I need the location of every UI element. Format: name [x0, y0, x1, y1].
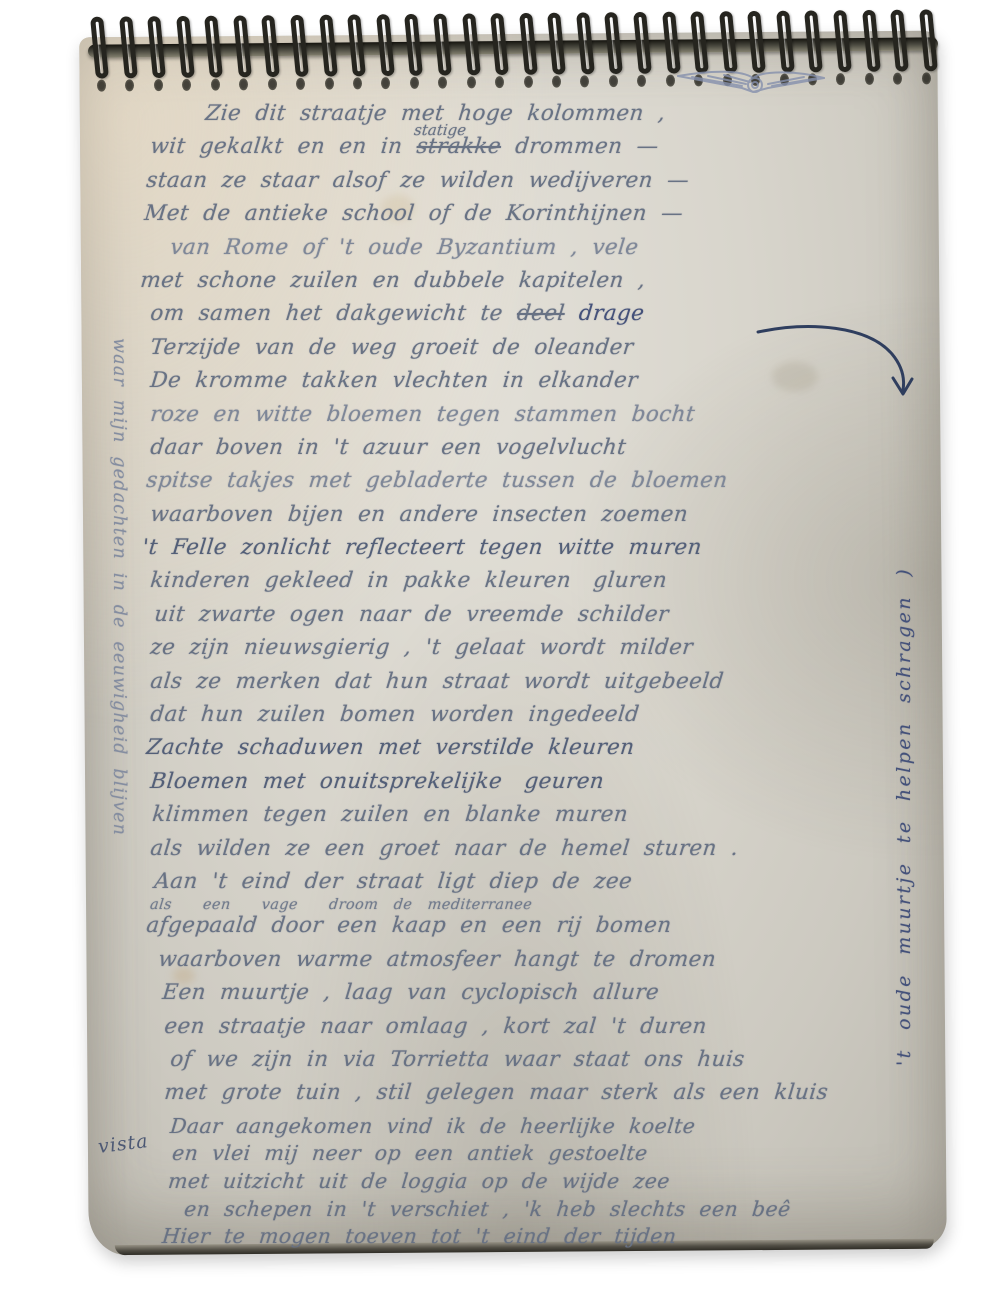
binding-hole	[552, 76, 561, 88]
handwritten-line: daar boven in 't azuur een vogelvlucht	[148, 435, 912, 468]
poem-text: Zie dit straatje met hoge kolommen , wit…	[150, 101, 910, 1252]
handwritten-line: Daar aangekomen vind ik de heerlijke koe…	[169, 1114, 912, 1142]
handwritten-line: 't Felle zonlicht reflecteert tegen witt…	[140, 535, 912, 568]
handwritten-line: waarboven warme atmosfeer hangt te drome…	[156, 947, 912, 980]
binding-coil	[490, 13, 509, 76]
binding-coil	[576, 12, 595, 75]
binding-coil	[404, 13, 423, 76]
handwritten-interline: als een vage droom de mediterranee	[149, 897, 911, 913]
binding-hole	[268, 78, 277, 90]
handwritten-line: afgepaald door een kaap en een rij bomen	[144, 913, 912, 946]
binding-hole	[296, 78, 305, 90]
binding-hole	[836, 73, 845, 85]
handwritten-line: klimmen tegen zuilen en blanke muren	[150, 802, 912, 835]
binding-hole	[609, 75, 618, 87]
handwritten-line: met grote tuin , stil gelegen maar sterk…	[162, 1080, 912, 1113]
binding-hole	[438, 77, 447, 89]
binding-coil	[433, 13, 452, 76]
binding-coil	[890, 9, 909, 72]
handwritten-line: Zie dit straatje met hoge kolommen ,	[203, 101, 912, 134]
handwritten-line: roze en witte bloemen tegen stammen boch…	[148, 402, 912, 435]
handwritten-line: waarboven bijen en andere insecten zoeme…	[148, 502, 912, 535]
handwritten-line: Een muurtje , laag van cyclopisch allure	[160, 980, 912, 1013]
inserted-word: drage	[563, 301, 645, 326]
binding-coil	[833, 10, 852, 73]
binding-coil	[604, 12, 623, 75]
binding-coil	[376, 14, 395, 77]
handwritten-line: Hier te mogen toeven tot 't eind der tij…	[161, 1224, 912, 1252]
handwritten-line: van Rome of 't oude Byzantium , vele	[168, 235, 912, 268]
right-margin-vertical-note: 't oude muurtje te helpen schragen )	[893, 567, 915, 1066]
line-segment: wit gekalkt en en in	[149, 134, 418, 159]
binding-coil	[90, 16, 109, 79]
binding-coil	[319, 14, 338, 77]
inserted-word-above: statige	[413, 121, 467, 139]
handwritten-line: en schepen in 't verschiet , 'k heb slec…	[183, 1197, 912, 1225]
binding-hole	[410, 77, 419, 89]
binding-hole	[154, 79, 163, 91]
binding-hole	[182, 79, 191, 91]
binding-coil	[347, 14, 366, 77]
handwritten-line: Terzijde van de weg groeit de oleander	[148, 335, 912, 368]
binding-hole	[125, 79, 134, 91]
binding-coil	[176, 15, 195, 78]
handwritten-line: De kromme takken vlechten in elkander	[148, 368, 912, 401]
binding-coil	[519, 12, 538, 75]
handwritten-line: Met de antieke school of de Korinthijnen…	[142, 201, 912, 234]
binding-coil	[119, 16, 138, 79]
binding-coil	[919, 9, 938, 72]
handwritten-line: kinderen gekleed in pakke kleuren gluren	[148, 568, 912, 601]
struck-word: deel	[516, 301, 566, 326]
binding-hole	[893, 73, 902, 85]
binding-coil	[147, 16, 166, 79]
binding-hole	[211, 79, 220, 91]
binding-hole	[324, 78, 333, 90]
sketchbook-photo: Zie dit straatje met hoge kolommen , wit…	[0, 0, 1000, 1302]
binding-hole	[922, 72, 931, 84]
binding-coil	[262, 15, 281, 78]
handwritten-line: als wilden ze een groet naar de hemel st…	[148, 836, 912, 869]
handwritten-line: met uitzicht uit de loggia op de wijde z…	[167, 1169, 912, 1197]
binding-coil	[547, 12, 566, 75]
binding-coil	[462, 13, 481, 76]
handwritten-line: Bloemen met onuitsprekelijke geuren	[148, 769, 912, 802]
binding-hole	[353, 77, 362, 89]
handwritten-line: een straatje naar omlaag , kort zal 't d…	[162, 1014, 912, 1047]
handwritten-line: ze zijn nieuwsgierig , 't gelaat wordt m…	[148, 635, 912, 668]
handwritten-line: als ze merken dat hun straat wordt uitge…	[148, 669, 912, 702]
winged-emblem-sketch	[672, 62, 834, 106]
binding-hole	[637, 75, 646, 87]
handwritten-line: dat hun zuilen bomen worden ingedeeld	[148, 702, 912, 735]
left-margin-vertical-note: waar mijn gedachten in de eeuwigheid bli…	[109, 338, 129, 836]
handwritten-line: Zachte schaduwen met verstilde kleuren	[144, 735, 912, 768]
line-segment: om samen het dakgewicht te	[149, 301, 518, 326]
handwritten-line: staan ze staar alsof ze wilden wedijvere…	[144, 168, 912, 201]
binding-hole	[495, 76, 504, 88]
handwritten-line: spitse takjes met gebladerte tussen de b…	[144, 468, 912, 501]
binding-coil	[633, 11, 652, 74]
handwritten-line: of we zijn in via Torrietta waar staat o…	[168, 1047, 912, 1080]
binding-coil	[204, 15, 223, 78]
binding-hole	[580, 75, 589, 87]
binding-coil	[290, 14, 309, 77]
binding-hole	[381, 77, 390, 89]
binding-coil	[233, 15, 252, 78]
binding-hole	[467, 76, 476, 88]
binding-coil	[862, 9, 881, 72]
handwritten-line-with-correction: om samen het dakgewicht te deel drage	[148, 301, 912, 334]
handwritten-line-with-correction: wit gekalkt en en in strakke drommen — s…	[148, 134, 912, 167]
binding-hole	[239, 78, 248, 90]
handwritten-line: met schone zuilen en dubbele kapitelen ,	[138, 268, 912, 301]
binding-hole	[97, 80, 106, 92]
line-segment: drommen —	[500, 134, 660, 159]
binding-hole	[865, 73, 874, 85]
handwritten-line: en vlei mij neer op een antiek gestoelte	[171, 1141, 912, 1169]
handwritten-line: uit zwarte ogen naar de vreemde schilder	[152, 602, 912, 635]
binding-hole	[524, 76, 533, 88]
